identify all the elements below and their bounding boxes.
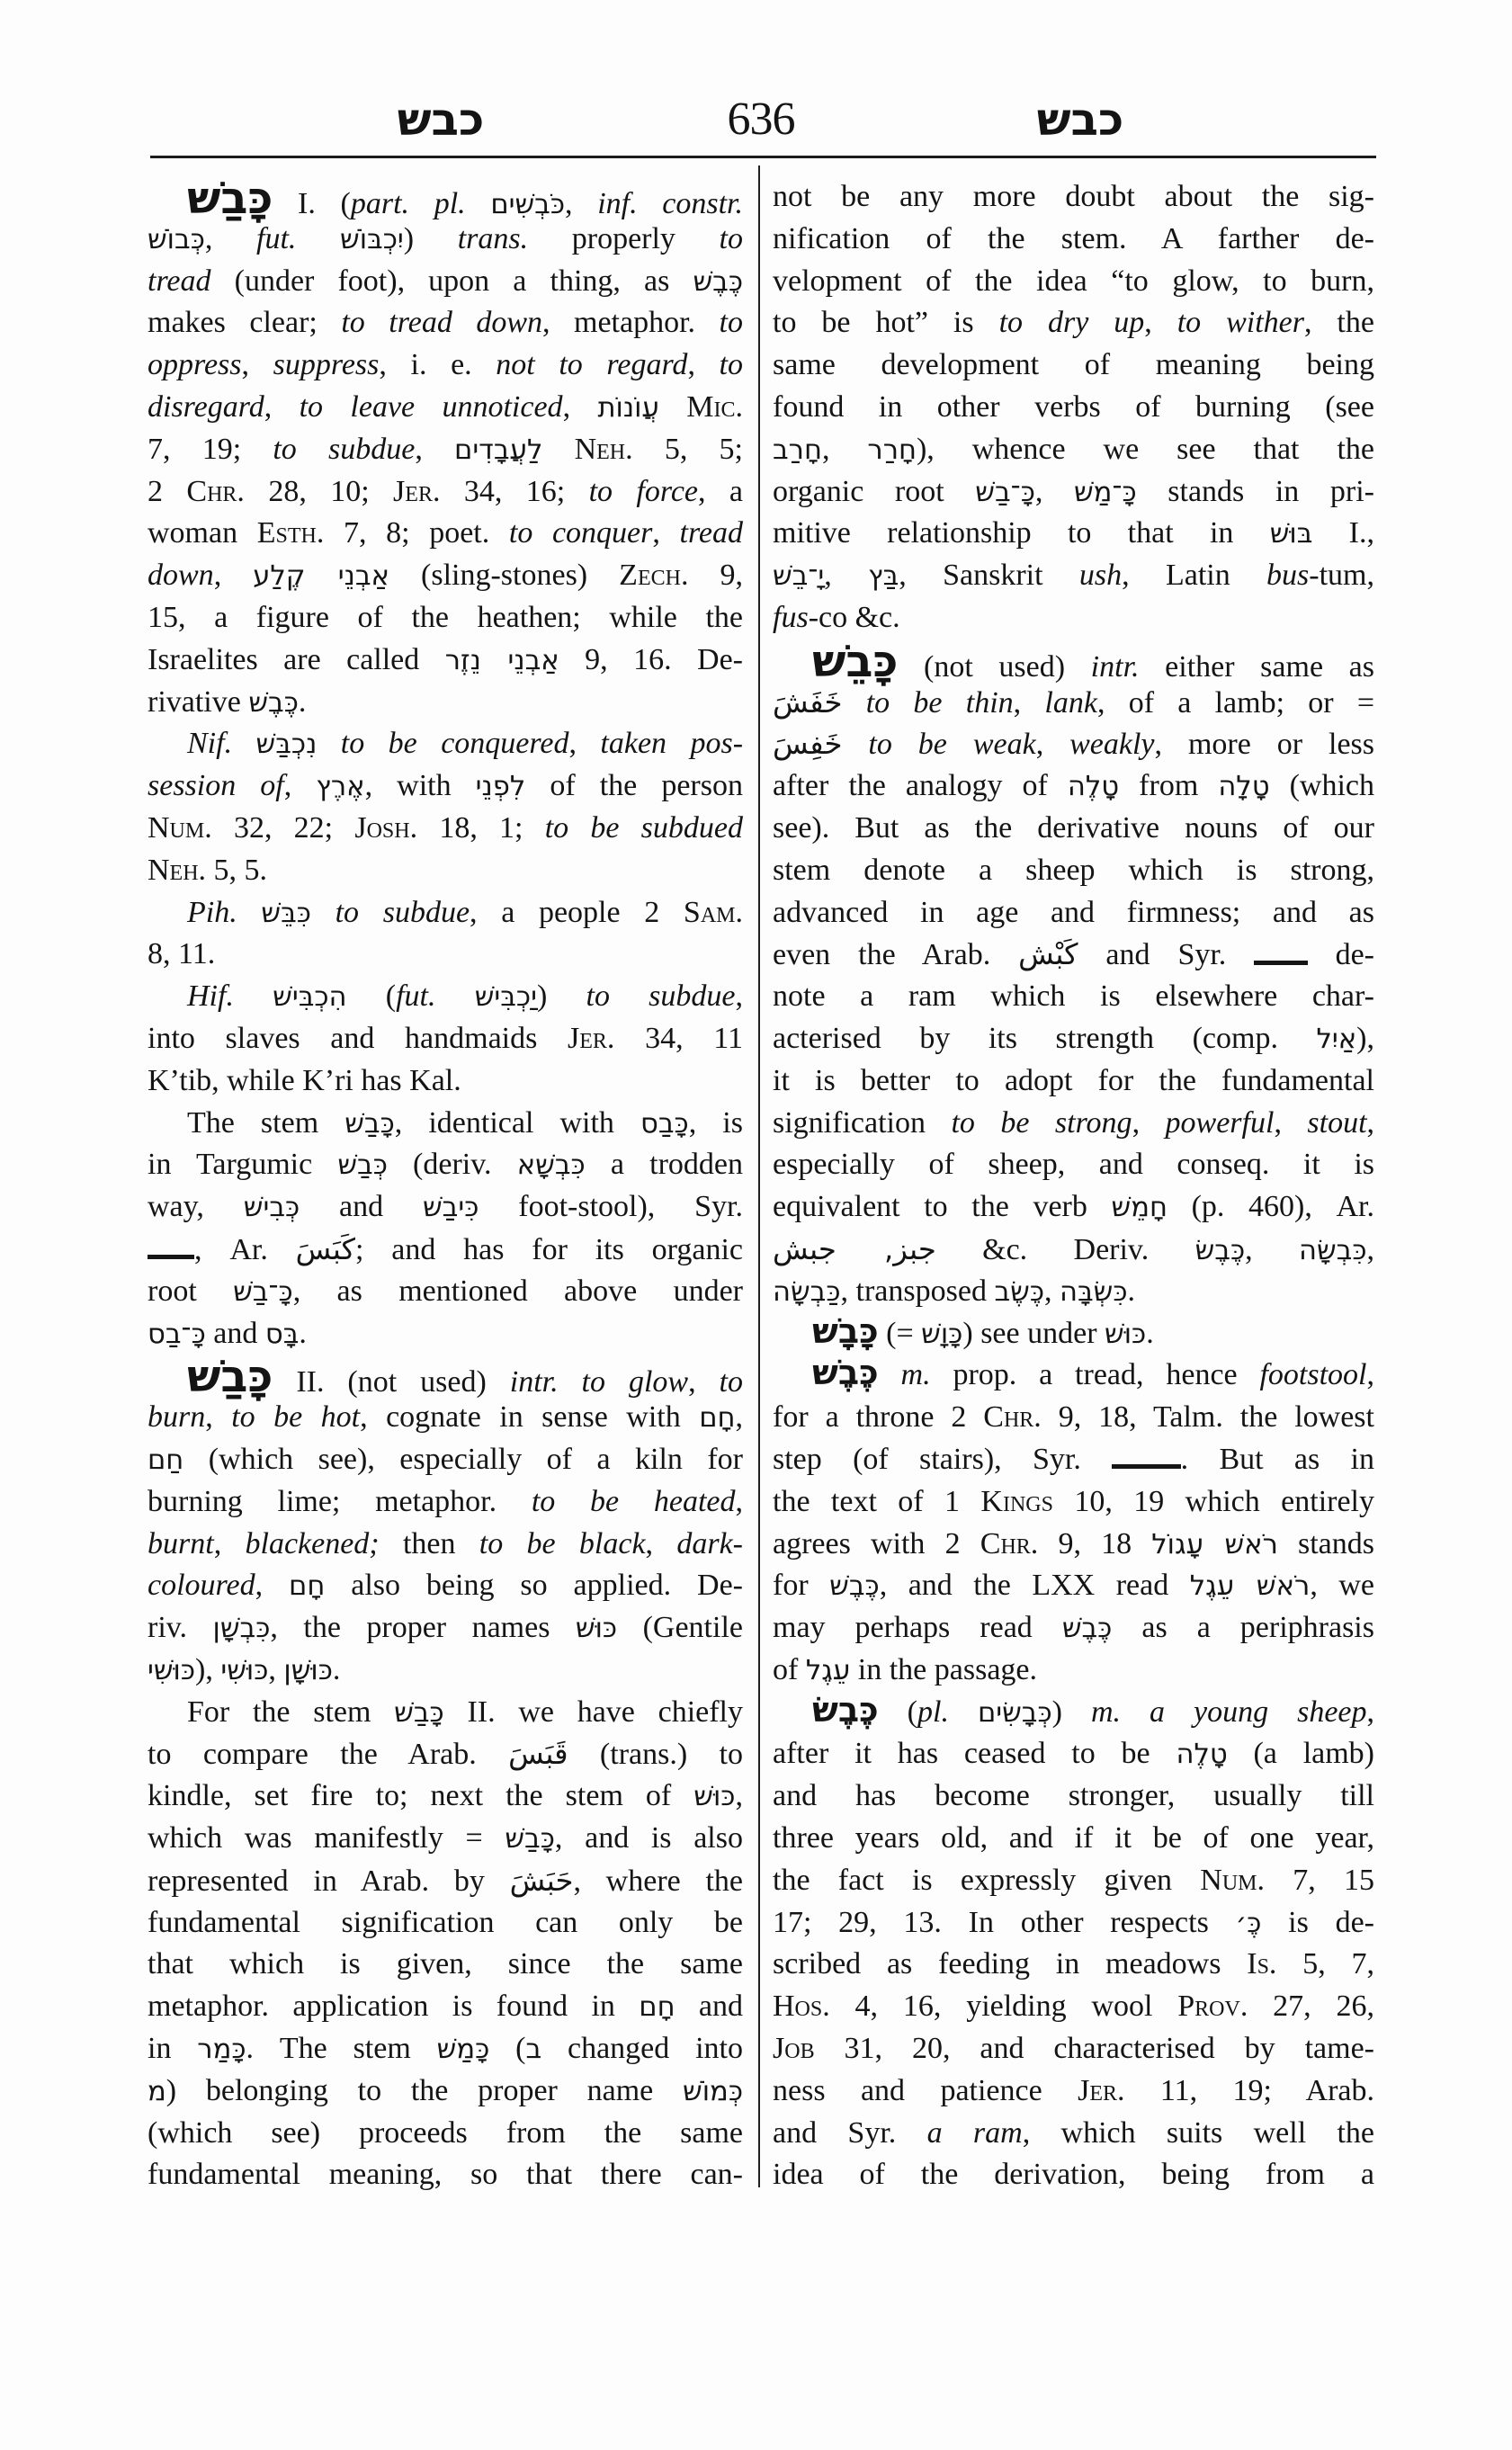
- hebrew-word: כֶּבֶשׁ: [829, 1570, 880, 1602]
- hebrew-word: בַּץ: [868, 560, 899, 592]
- hebrew-word: כֶּ׳: [1236, 1908, 1262, 1939]
- left-column-line: way, כְּבִישׁ and כִּיבַשׁ foot-stool), …: [148, 1186, 743, 1229]
- scripture-reference: Esth.: [257, 516, 325, 550]
- text-run: ) belonging to the proper name: [166, 2074, 683, 2107]
- hebrew-word: כָּוָשׁ: [921, 1319, 962, 1350]
- italic-text: coloured: [148, 1569, 255, 1602]
- text-run: I.,: [1312, 516, 1374, 550]
- italic-text: tread: [148, 264, 211, 298]
- text-run: ,: [1014, 686, 1045, 720]
- text-run: [879, 1358, 901, 1391]
- text-run: , is: [689, 1106, 743, 1140]
- left-column-line: oppress, suppress, i. e. not to regard, …: [148, 344, 743, 387]
- arabic-word: خَفِسَ: [773, 727, 842, 761]
- headword: כָּבָשׁ: [812, 1311, 879, 1351]
- text-run: which was manifestly =: [148, 1821, 505, 1855]
- text-run: [842, 686, 865, 720]
- text-run: 32, 22;: [212, 811, 355, 845]
- syriac-word: ܟܒܫ: [148, 1235, 194, 1266]
- text-run: [232, 727, 255, 760]
- right-column-line: خَفَشَ to be thin, lank, of a lamb; or =: [773, 682, 1374, 724]
- hebrew-word: כִּבֵּשׁ: [261, 898, 311, 929]
- text-run: ,: [568, 727, 600, 760]
- left-column-line: K’tib, while K’ri has Kal.: [148, 1060, 743, 1103]
- hebrew-word: עֵגֶל: [806, 1655, 850, 1686]
- left-column-line: 2 Chr. 28, 10; Jer. 34, 16; to force, a: [148, 471, 743, 514]
- left-column-line: in כָּמַר. The stem כָּמַשׁ (ב changed i…: [148, 2028, 743, 2070]
- left-column-line: כְּבוֹשׁ, fut. יִכְבּוֹשׁ) trans. proper…: [148, 219, 743, 261]
- text-run: , we: [1310, 1569, 1374, 1602]
- hebrew-word: כִּשְׂבָּה: [1060, 1276, 1128, 1308]
- left-column-line: חַם (which see), especially of a kiln fo…: [148, 1439, 743, 1481]
- italic-text: pl.: [917, 1695, 949, 1729]
- text-run: [436, 979, 475, 1013]
- text-run: equivalent to the verb: [773, 1190, 1112, 1223]
- text-run: The stem: [187, 1106, 344, 1140]
- text-run: properly: [528, 222, 719, 255]
- text-run: either same as: [1140, 650, 1374, 684]
- italic-text: ush: [1079, 559, 1122, 592]
- left-column-line: Israelites are called אַבְנֵי נֵזֶר 9, 1…: [148, 639, 743, 682]
- hebrew-word: כְּבַשׁ: [337, 1149, 388, 1181]
- left-column-line: כָּ־בַס and בָּס.: [148, 1313, 743, 1355]
- text-run: 10, 19 which entirely: [1053, 1485, 1374, 1518]
- text-run: .: [299, 685, 307, 719]
- hebrew-word: כָּ־בַס: [148, 1319, 206, 1350]
- hebrew-word: כִּבְשָׂה: [1299, 1235, 1367, 1266]
- italic-text: footstool: [1259, 1358, 1366, 1391]
- text-run: velopment of the idea “to glow, to burn,: [773, 264, 1374, 298]
- text-run: 18, 1;: [417, 811, 545, 845]
- text-run: kindle, set fire to; next the stem of: [148, 1779, 693, 1812]
- text-run: , with: [365, 769, 476, 802]
- hebrew-word: חָם: [289, 1570, 325, 1602]
- text-run: , the proper names: [270, 1611, 576, 1644]
- header-rule: [150, 156, 1376, 158]
- text-run: 8, 11.: [148, 937, 215, 970]
- text-run: ,: [1367, 1106, 1375, 1140]
- text-run: ,: [1132, 1106, 1166, 1140]
- text-run: signification: [773, 1106, 951, 1140]
- text-run: 17; 29, 13. In other respects: [773, 1906, 1236, 1939]
- right-column-line: scribed as feeding in meadows Is. 5, 7,: [773, 1944, 1374, 1986]
- text-run: that which is given, since the same: [148, 1947, 743, 1981]
- text-run: ,: [687, 348, 719, 381]
- text-run: (: [489, 2032, 525, 2065]
- text-run: especially of sheep, and conseq. it is: [773, 1148, 1374, 1181]
- hebrew-word: כִּבְשָׁן: [213, 1613, 271, 1644]
- text-run: 28, 10;: [245, 475, 393, 508]
- hebrew-word: כֶּבֶשׁ: [693, 266, 743, 298]
- text-run: ; and has for its organic: [355, 1233, 743, 1266]
- text-run: [317, 727, 340, 760]
- text-run: (which see) proceeds from the same: [148, 2116, 743, 2150]
- left-column-line: ܟܒܫ, Ar. كَبَسَ; and has for its organic: [148, 1229, 743, 1271]
- text-run: stands in pri-: [1137, 475, 1374, 508]
- text-run: (sling-stones): [389, 559, 619, 592]
- hebrew-word: יָ־בֵשׁ: [773, 560, 824, 592]
- italic-text: session of: [148, 769, 284, 802]
- italic-text: to subdue: [273, 433, 415, 466]
- right-column-line: agrees with 2 Chr. 9, 18 רֹאשׁ עָגוֹל st…: [773, 1524, 1374, 1566]
- text-run: then: [380, 1527, 479, 1560]
- text-run: after it has ceased to be: [773, 1737, 1176, 1770]
- italic-text: to dry up: [999, 306, 1145, 339]
- text-run: scribed as feeding in meadows: [773, 1947, 1247, 1981]
- hebrew-word: חַם: [148, 1444, 183, 1476]
- text-run: ,: [1367, 1695, 1375, 1729]
- text-run: 11, 19; Arab.: [1125, 2074, 1374, 2107]
- italic-text: suppress: [273, 348, 380, 381]
- left-column-line: makes clear; to tread down, metaphor. to: [148, 302, 743, 344]
- text-run: &c. Deriv.: [936, 1233, 1195, 1266]
- italic-text: Nif.: [187, 727, 232, 760]
- hebrew-word: כּוּשׁ: [693, 1781, 735, 1812]
- hebrew-word: כָּמַשׁ: [437, 2034, 490, 2065]
- right-column-line: signification to be strong, powerful, st…: [773, 1103, 1374, 1145]
- text-run: .: [1128, 1274, 1136, 1308]
- text-run: ,: [242, 348, 273, 381]
- text-run: in Targumic: [148, 1148, 337, 1181]
- right-column-line: יָ־בֵשׁ, בַּץ, Sanskrit ush, Latin bus-t…: [773, 555, 1374, 597]
- scripture-reference: Mic.: [686, 390, 743, 424]
- text-run: see). But as the derivative nouns of our: [773, 811, 1374, 845]
- running-head-right: כבש: [1008, 92, 1152, 148]
- text-run: 9, 18, Talm. the lowest: [1042, 1400, 1374, 1434]
- text-run: 9, 18: [1038, 1527, 1151, 1560]
- text-run: ),: [1356, 1022, 1374, 1055]
- text-run: .: [333, 1653, 341, 1686]
- left-column-line: tread (under foot), upon a thing, as כֶּ…: [148, 261, 743, 303]
- hebrew-word: כָּמַר: [197, 2034, 246, 2065]
- text-run: also being so applied. De-: [325, 1569, 743, 1602]
- hebrew-word: כְּמוֹשׁ: [683, 2076, 743, 2107]
- italic-text: to subdue: [586, 979, 736, 1013]
- right-column-line: Hos. 4, 16, yielding wool Prov. 27, 26,: [773, 1986, 1374, 2028]
- hebrew-word: כָּבַשׁ: [505, 1823, 555, 1855]
- right-column-line: 17; 29, 13. In other respects כֶּ׳ is de…: [773, 1902, 1374, 1945]
- right-column-line: כָּבֵשׁ (not used) intr. either same as: [773, 639, 1374, 682]
- right-column-line: for a throne 2 Chr. 9, 18, Talm. the low…: [773, 1397, 1374, 1439]
- text-run: and: [675, 1990, 743, 2023]
- text-run: [237, 896, 262, 929]
- text-run: ,: [1044, 1274, 1060, 1308]
- scripture-reference: Sam.: [684, 896, 743, 929]
- text-run: changed into: [541, 2032, 743, 2065]
- text-run: 34, 16;: [440, 475, 588, 508]
- text-run: ,: [214, 559, 254, 592]
- left-column-line: in Targumic כְּבַשׁ (deriv. כִּבְשָׁא a …: [148, 1144, 743, 1186]
- right-column-line: the text of 1 Kings 10, 19 which entirel…: [773, 1481, 1374, 1524]
- text-run: burning lime; metaphor.: [148, 1485, 532, 1518]
- text-run: .: [299, 1317, 307, 1350]
- arabic-word: قَبَسَ: [508, 1737, 568, 1771]
- text-run: ,: [1367, 1358, 1375, 1391]
- hebrew-word: כִּיבַשׁ: [423, 1192, 479, 1223]
- text-run: , as mentioned above under: [293, 1274, 743, 1308]
- italic-text: stout: [1307, 1106, 1366, 1140]
- scripture-reference: Chr.: [983, 1400, 1042, 1434]
- right-column-line: organic root כָּ־בַשׁ, כָּ־מַשׁ stands i…: [773, 471, 1374, 514]
- text-run: mitive relationship to that in: [773, 516, 1270, 550]
- italic-text: down: [148, 559, 214, 592]
- left-column-line: מ) belonging to the proper name כְּמוֹשׁ: [148, 2070, 743, 2113]
- text-run: (trans.) to: [568, 1738, 743, 1771]
- text-run: ,: [264, 390, 300, 424]
- text-run: ,: [268, 1653, 283, 1686]
- text-run: , Ar.: [194, 1233, 296, 1266]
- italic-text: burnt: [148, 1527, 214, 1560]
- text-run: 34, 11: [614, 1022, 743, 1055]
- hebrew-word: כָּבַס: [640, 1108, 689, 1140]
- text-run: ,: [284, 769, 317, 802]
- right-column-line: acterised by its strength (comp. אַיִל),: [773, 1018, 1374, 1060]
- text-run: root: [148, 1274, 233, 1308]
- italic-text: fut.: [256, 222, 340, 255]
- text-run: ,: [1144, 306, 1176, 339]
- hebrew-word: טָלֶה: [1176, 1739, 1227, 1770]
- text-run: 5, 7,: [1276, 1947, 1374, 1981]
- text-run: into slaves and handmaids: [148, 1022, 568, 1055]
- hebrew-word: כָּ־מַשׁ: [1074, 477, 1137, 508]
- text-run: (under foot), upon a thing, as: [211, 264, 693, 298]
- right-column-line: idea of the derivation, being from a: [773, 2154, 1374, 2196]
- italic-text: burn: [148, 1400, 205, 1434]
- italic-text: to tread down: [341, 306, 542, 339]
- text-run: makes clear;: [148, 306, 341, 339]
- text-run: ,: [255, 1569, 289, 1602]
- text-run: note a ram which is elsewhere char-: [773, 979, 1374, 1013]
- italic-text: fus: [773, 601, 809, 634]
- hebrew-word: כְּבָשִׂים: [978, 1697, 1052, 1729]
- text-run: [234, 979, 273, 1013]
- right-column-line: כֶּבֶשׁ m. prop. a tread, hence footstoo…: [773, 1355, 1374, 1397]
- text-run: , more or less: [1155, 728, 1374, 761]
- syriac-word: ܟܒܫܐ: [1254, 940, 1307, 971]
- right-column-line: same development of meaning being: [773, 344, 1374, 387]
- italic-text: to be hot: [231, 1400, 360, 1434]
- italic-text: Pih.: [187, 896, 237, 929]
- right-column-line: equivalent to the verb חָמֵשׁ (p. 460), …: [773, 1186, 1374, 1229]
- text-run: even the Arab.: [773, 938, 1018, 971]
- hebrew-word: חָרַב: [773, 434, 822, 466]
- italic-text: inf. constr.: [597, 187, 743, 220]
- text-run: (a lamb): [1228, 1737, 1374, 1770]
- right-column-line: velopment of the idea “to glow, to burn,: [773, 261, 1374, 303]
- hebrew-word: אַבְנֵי נֵזֶר: [445, 645, 559, 676]
- text-run: nification of the stem. A farther de-: [773, 222, 1374, 255]
- hebrew-word: כְּבִישׁ: [244, 1192, 300, 1223]
- left-column-line: session of, אֶרֶץ, with לִפְנֵי of the p…: [148, 765, 743, 808]
- right-column-line: even the Arab. كَبْش and Syr. ܟܒܫܐ de-: [773, 934, 1374, 976]
- italic-text: to be black: [479, 1527, 646, 1560]
- hebrew-word: לַעֲבָדִים: [454, 434, 542, 466]
- text-run: for: [773, 1569, 829, 1602]
- text-run: is de-: [1261, 1906, 1374, 1939]
- text-run: (=: [879, 1317, 922, 1350]
- hebrew-word: רֹאשׁ עֵגֶל: [1190, 1570, 1311, 1602]
- text-run: to be hot” is: [773, 306, 999, 339]
- italic-text: to wither: [1177, 306, 1304, 339]
- text-run: ,: [824, 559, 868, 592]
- hebrew-word: כָּבַשׁ: [344, 1108, 395, 1140]
- scripture-reference: Chr.: [186, 475, 245, 508]
- hebrew-word: כּוּשִׁי: [220, 1655, 268, 1686]
- text-run: I. (: [273, 187, 351, 220]
- hebrew-word: חָם: [639, 1991, 675, 2023]
- text-run: organic root: [773, 475, 975, 508]
- left-column-line: rivative כֶּבֶשׁ.: [148, 682, 743, 724]
- arabic-word: كَبْش: [1018, 937, 1078, 971]
- text-run: K’tib, while K’ri has Kal.: [148, 1064, 461, 1097]
- hebrew-word: אַיִל: [1316, 1024, 1356, 1055]
- scripture-reference: Hos.: [773, 1990, 830, 2023]
- text-run: ,: [1035, 475, 1074, 508]
- italic-text: part. pl.: [351, 187, 490, 220]
- hebrew-word: חָמֵשׁ: [1112, 1192, 1168, 1223]
- text-run: ,: [205, 1400, 231, 1434]
- hebrew-word: כֶּבֶשׁ: [1062, 1613, 1113, 1644]
- left-column-line: burnt, blackened; then to be black, dark…: [148, 1524, 743, 1566]
- dictionary-page: כבש 636 כבש כָּבַשׁ I. (part. pl. כֹּבְש…: [0, 0, 1512, 2450]
- right-column-line: of עֵגֶל in the passage.: [773, 1650, 1374, 1692]
- right-column-line: it is better to adopt for the fundamenta…: [773, 1060, 1374, 1103]
- text-run: , the: [1304, 306, 1374, 339]
- right-column-line: to be hot” is to dry up, to wither, the: [773, 302, 1374, 344]
- hebrew-word: לִפְנֵי: [476, 771, 526, 802]
- text-run: . The stem: [246, 2032, 437, 2065]
- hebrew-word: אֶרֶץ: [316, 771, 364, 802]
- right-column-line: not be any more doubt about the sig-: [773, 176, 1374, 219]
- text-run: to compare the Arab.: [148, 1738, 508, 1771]
- italic-text: not to regard: [496, 348, 687, 381]
- text-run: (which see), especially of a kiln for: [183, 1443, 743, 1476]
- text-run: 7, 8; poet.: [324, 516, 509, 550]
- right-column-line: and Syr. a ram, which suits well the: [773, 2113, 1374, 2155]
- scripture-reference: Is.: [1247, 1947, 1276, 1981]
- right-column-line: כָּבָשׁ (= כָּוָשׁ) see under כּוּשׁ.: [773, 1313, 1374, 1355]
- italic-text: a ram: [927, 2116, 1023, 2150]
- text-run: the fact is expressly given: [773, 1864, 1200, 1897]
- scripture-reference: Zech.: [619, 559, 688, 592]
- right-column-line: found in other verbs of burning (see: [773, 387, 1374, 429]
- text-run: from: [1119, 769, 1218, 802]
- hebrew-word: בָּס: [265, 1319, 300, 1350]
- text-run: ): [404, 222, 458, 255]
- text-run: ) see under: [962, 1317, 1105, 1350]
- text-run: , of a lamb; or =: [1097, 686, 1374, 720]
- text-run: [542, 433, 574, 466]
- text-run: 7, 15: [1265, 1864, 1374, 1897]
- right-column-line: three years old, and if it be of one yea…: [773, 1818, 1374, 1860]
- hebrew-word: כּוּשָׁן: [283, 1655, 333, 1686]
- right-column-line: after it has ceased to be טָלֶה (a lamb): [773, 1733, 1374, 1775]
- italic-text: to subdue: [336, 896, 470, 929]
- text-run: and Syr.: [773, 2116, 927, 2150]
- arabic-word: حَبَشَ: [510, 1864, 574, 1898]
- text-run: ,: [563, 390, 598, 424]
- text-run: stands: [1278, 1527, 1374, 1560]
- text-run: way,: [148, 1190, 244, 1223]
- right-column-line: step (of stairs), Syr. ܟܘܒܫܐ. But as in: [773, 1439, 1374, 1481]
- text-run: II. (not used): [273, 1365, 509, 1399]
- text-run: of: [773, 1653, 806, 1686]
- italic-text: Hif.: [187, 979, 234, 1013]
- text-run: three years old, and if it be of one yea…: [773, 1821, 1374, 1855]
- right-column-line: nification of the stem. A farther de-: [773, 219, 1374, 261]
- headword: כָּבֵשׁ: [812, 635, 898, 687]
- right-column-line: stem denote a sheep which is strong,: [773, 850, 1374, 892]
- text-run: 5, 5.: [206, 854, 267, 887]
- column-divider: [758, 165, 760, 2187]
- left-column-line: 15, a figure of the heathen; while the: [148, 597, 743, 639]
- italic-text: intr.: [1091, 650, 1140, 684]
- scripture-reference: Jer.: [393, 475, 440, 508]
- text-run: not be any more doubt about the sig-: [773, 180, 1374, 213]
- text-run: found in other verbs of burning (see: [773, 390, 1374, 424]
- text-run: (Gentile: [617, 1611, 743, 1644]
- left-column-line: burn, to be hot, cognate in sense with ח…: [148, 1397, 743, 1439]
- italic-text: to conquer: [509, 516, 653, 550]
- text-run: (which: [1270, 769, 1374, 802]
- right-column-line: and has become stronger, usually till: [773, 1775, 1374, 1818]
- hebrew-word: כְּבוֹשׁ: [148, 224, 205, 255]
- text-run: and Syr.: [1078, 938, 1254, 971]
- running-head-left: כבש: [369, 92, 513, 148]
- text-run: the text of 1: [773, 1485, 980, 1518]
- text-run: , transposed: [841, 1274, 995, 1308]
- text-run: ), whence we see that the: [917, 433, 1374, 466]
- text-run: in the passage.: [850, 1653, 1037, 1686]
- text-run: riv.: [148, 1611, 213, 1644]
- italic-text: to be weak: [868, 728, 1035, 761]
- text-run: in: [148, 2032, 197, 2065]
- text-run: (p. 460), Ar.: [1168, 1190, 1374, 1223]
- left-column-line: כָּבַשׁ II. (not used) intr. to glow, to: [148, 1355, 743, 1397]
- italic-text: tread: [680, 516, 744, 550]
- italic-text: to be heated: [532, 1485, 736, 1518]
- text-run: , Latin: [1122, 559, 1266, 592]
- italic-text: to: [720, 306, 743, 339]
- text-run: fundamental signification can only be: [148, 1906, 743, 1939]
- hebrew-word: מ: [148, 2076, 166, 2107]
- italic-text: trans.: [458, 222, 528, 255]
- text-run: 15, a figure of the heathen; while the: [148, 601, 743, 634]
- text-run: metaphor. application is found in: [148, 1990, 639, 2023]
- italic-text: fut.: [396, 979, 435, 1013]
- left-column-line: metaphor. application is found in חָם an…: [148, 1986, 743, 2028]
- left-column-line: 7, 19; to subdue, לַעֲבָדִים Neh. 5, 5;: [148, 429, 743, 471]
- text-run: , Sanskrit: [899, 559, 1079, 592]
- right-column-line: Job 31, 20, and characterised by tame-: [773, 2028, 1374, 2070]
- hebrew-word: כָּבַשׁ: [394, 1697, 444, 1729]
- headword: כָּבַשׁ: [187, 172, 273, 224]
- text-run: ,: [1367, 1233, 1375, 1266]
- italic-text: dark-: [676, 1527, 743, 1560]
- text-run: -tum,: [1309, 559, 1374, 592]
- text-run: (: [879, 1695, 917, 1729]
- right-column-line: the fact is expressly given Num. 7, 15: [773, 1860, 1374, 1902]
- scripture-reference: Kings: [980, 1485, 1053, 1518]
- text-run: , a people 2: [470, 896, 684, 929]
- text-run: 7, 19;: [148, 433, 273, 466]
- right-column-line: חָרַב, חָרַר), whence we see that the: [773, 429, 1374, 471]
- text-run: after the analogy of: [773, 769, 1068, 802]
- left-column-line: down, אַבְנֵי קֶלַע (sling-stones) Zech.…: [148, 555, 743, 597]
- text-run: step (of stairs), Syr.: [773, 1443, 1112, 1476]
- left-column-line: root כָּ־בַשׁ, as mentioned above under: [148, 1271, 743, 1313]
- hebrew-word: כָּ־בַשׁ: [233, 1276, 293, 1308]
